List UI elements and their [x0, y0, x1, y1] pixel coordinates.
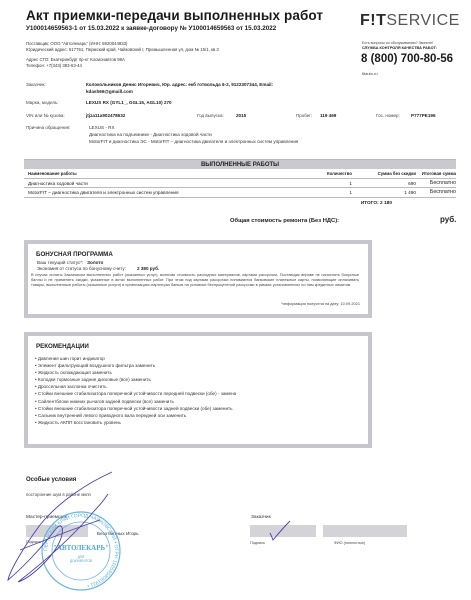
mileage-value: 119 469 [320, 113, 336, 118]
supplier-info: Поставщик: ООО "Автолекарь" (ИНН: 592004… [26, 41, 219, 70]
column-header: Сумма без скидки [360, 169, 416, 178]
table-header-row: Наименование работы Количество Сумма без… [24, 169, 456, 179]
model-value: LEXUS RX (GYL1_, GGL15, AGL10) 270 [86, 100, 172, 105]
reason-line: Диагностика на подъемнике - Диагностика … [89, 132, 212, 137]
year-label: Год выпуска: [197, 113, 224, 118]
year-value: 2015 [236, 113, 246, 118]
works-table: Наименование работы Количество Сумма без… [24, 169, 456, 198]
bonus-status: Ваш текущий статус*: Золото [37, 260, 103, 265]
document-subtitle: У100014659563-1 от 15.03.2022 к заявке-д… [26, 25, 276, 32]
works-section-header: ВЫПОЛНЕННЫЕ РАБОТЫ [24, 159, 456, 169]
customer-label: Заказчик: [26, 82, 46, 87]
quality-service-label: СЛУЖБА КОНТРОЛЯ КАЧЕСТВА РАБОТ: [362, 46, 437, 50]
column-header: Количество [316, 169, 352, 178]
list-item: Элемент фильтрующий воздушного фильтра з… [35, 362, 236, 369]
vin-label: VIN или № кузова: [26, 113, 65, 118]
customer-value-line2: kdash66@gmaill.com [86, 89, 133, 94]
customer-signature-icon [262, 520, 292, 542]
bonus-info-date: *информация получена на дату: 10.09.2021 [281, 301, 360, 306]
list-item: Сайлентблоки нижних рычагов задней подве… [35, 398, 236, 405]
customer-value-line1: Колокольников Денис Игоревич, Юр. адрес:… [86, 82, 273, 87]
bonus-program-panel: БОНУСНАЯ ПРОГРАММА Ваш текущий статус*: … [24, 240, 372, 318]
reason-line: LEXUS - RX [89, 125, 115, 130]
bonus-savings: Экономия от статуса по бонусному счету: … [37, 266, 126, 271]
customer-fio-field [323, 525, 407, 537]
list-item: Жидкость АКПП восстановить уровень [35, 419, 236, 426]
work-total: Бесплатно [420, 179, 456, 188]
brand-question: Есть вопросы по обслуживанию? Звоните! [362, 41, 433, 45]
work-name: MotorFIT – диагностика двигателя и элект… [28, 188, 179, 197]
vin-value: jtjza11a902478632 [86, 113, 125, 118]
supplier-phone: Телефон: +7(343) 383-63-44 [26, 63, 219, 69]
work-sum: 1 490 [360, 188, 416, 197]
list-item: Стойки внешние стабилизатора поперечной … [35, 405, 236, 412]
legal-address: Юридический адрес: 617761, Пермский край… [26, 47, 219, 53]
bonus-note: В случае оплаты Заказчиком выполненных р… [31, 272, 359, 288]
plate-value: Р777РЕ196 [411, 113, 436, 118]
work-qty: 1 [316, 179, 352, 188]
list-item: Давление шин горит индикатор [35, 355, 236, 362]
hotline-phone: 8 (800) 700-80-56 [361, 53, 453, 65]
bonus-savings-value: 2 380 руб. [137, 266, 159, 271]
recommendations-panel: РЕКОМЕНДАЦИИ Давление шин горит индикато… [24, 332, 372, 448]
column-header: Итоговая сумма [420, 169, 456, 178]
mileage-label: Пробег: [296, 113, 312, 118]
table-row: MotorFIT – диагностика двигателя и элект… [24, 188, 456, 198]
overall-cost-currency: руб. [440, 215, 456, 224]
list-item: Сальник внутренний левого приводного вал… [35, 412, 236, 419]
work-qty: 1 [316, 188, 352, 197]
work-sum: 690 [360, 179, 416, 188]
plate-label: Гос. номер: [376, 113, 400, 118]
master-signature-icon [0, 470, 160, 600]
column-header: Наименование работы [28, 169, 77, 178]
list-item: Дроссельная заслонка очистить [35, 383, 236, 390]
table-row: Диагностика ходовой части 1 690 Бесплатн… [24, 179, 456, 189]
overall-cost-label: Общая стоимость ремонта (Без НДС): [230, 218, 339, 224]
bonus-title: БОНУСНАЯ ПРОГРАММА [36, 251, 113, 258]
list-item: Стойки внешние стабилизатора поперечной … [35, 390, 236, 397]
model-label: Марка, модель: [26, 100, 59, 105]
work-total: Бесплатно [420, 188, 456, 197]
customer-fio-label: ФИО (полностью) [334, 541, 365, 545]
brand-site: fitauto.ru [362, 71, 378, 76]
list-item: Жидкость охлаждающая заменить [35, 369, 236, 376]
recommendations-title: РЕКОМЕНДАЦИИ [36, 343, 89, 350]
works-total: ИТОГО: 2 180 [336, 201, 392, 206]
reason-line: MotorFIT и диагностика ЭС - MotorFIT – д… [89, 139, 298, 144]
document-title: Акт приемки-передачи выполненных работ [26, 8, 323, 23]
reason-label: Причина обращения: [26, 125, 70, 130]
list-item: Колодки тормозные задние дисковые (все) … [35, 376, 236, 383]
bonus-status-value: Золото [87, 260, 103, 265]
work-name: Диагностика ходовой части [28, 179, 88, 188]
recommendations-list: Давление шин горит индикатор Элемент фил… [35, 355, 236, 426]
fitservice-logo: F!TSERVICE [360, 12, 460, 30]
